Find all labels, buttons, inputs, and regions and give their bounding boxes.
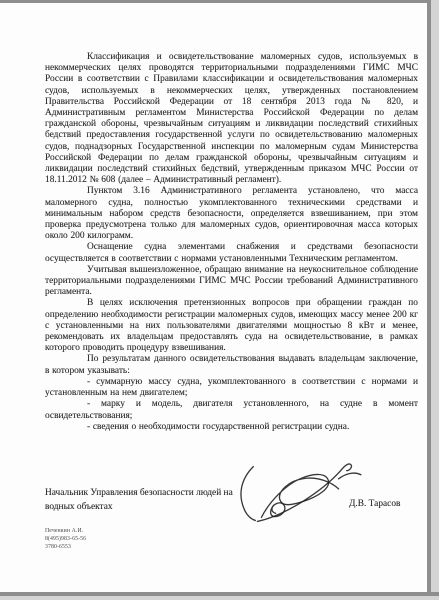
scan-edge-right (427, 0, 431, 600)
scan-edge-right-outer (431, 0, 439, 600)
scan-edge-bottom-outer (0, 596, 439, 600)
signatory-position: Начальник Управления безопасности людей … (45, 486, 245, 514)
signatory-name: Д.В. Тарасов (349, 499, 400, 509)
paragraph: Учитывая вышеизложенное, обращаю внимани… (45, 265, 418, 299)
paragraph: Классификация и освидетельствование мало… (45, 52, 418, 186)
executor-block: Печенкин А.И. 8(495)983-65-56 3780-6553 (45, 527, 86, 552)
scanned-letter-page: Классификация и освидетельствование мало… (0, 0, 439, 600)
executor-extra-phone: 3780-6553 (45, 543, 86, 551)
executor-name: Печенкин А.И. (45, 527, 86, 535)
document-body: Классификация и освидетельствование мало… (45, 52, 418, 433)
paragraph: В целях исключения претензионных вопросо… (45, 298, 418, 354)
paragraph: Пунктом 3.16 Административного регламент… (45, 186, 418, 242)
scan-edge-bottom (0, 592, 439, 596)
paragraph: Оснащение судна элементами снабжения и с… (45, 242, 418, 264)
handwritten-signature (233, 456, 365, 528)
list-item-engine-model: - марку и модель, двигателя установленно… (45, 399, 418, 421)
scan-edge-top (0, 0, 439, 3)
list-item-registration-info: - сведения о необходимости государственн… (45, 422, 418, 433)
executor-phone: 8(495)983-65-56 (45, 535, 86, 543)
list-item-total-mass: - суммарную массу судна, укомплектованно… (45, 377, 418, 399)
paragraph: По результатам данного освидетельствован… (45, 354, 418, 376)
